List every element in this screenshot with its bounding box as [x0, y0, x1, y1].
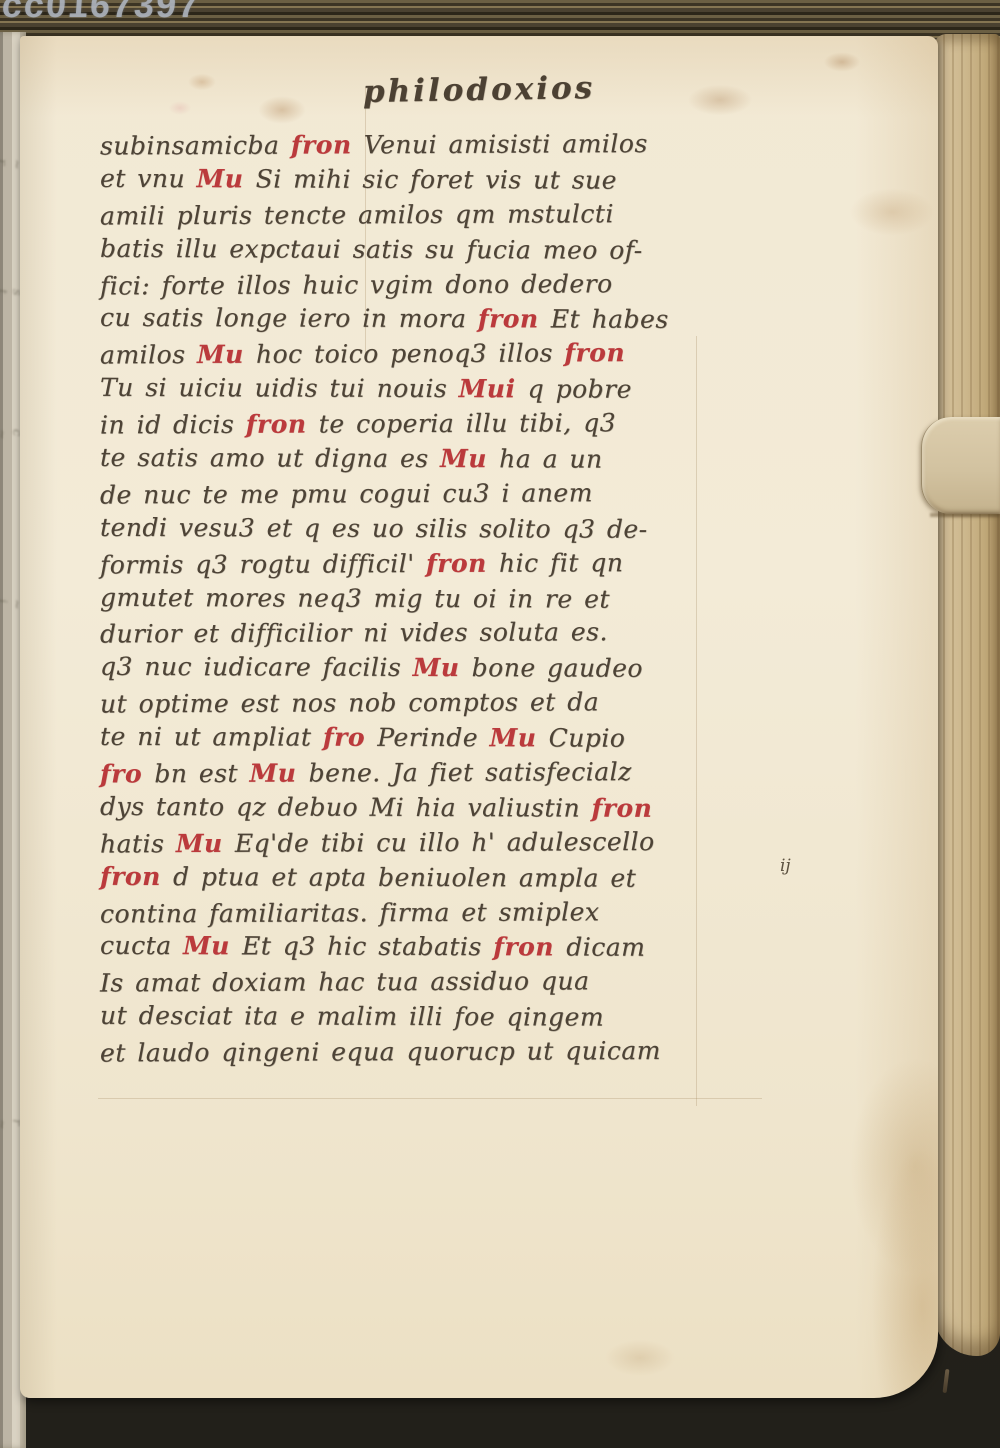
ink-text: amilos [100, 340, 197, 369]
ink-text: te ni ut ampliat [100, 722, 323, 752]
ink-text: d ptua et apta beniuolen ampla et [173, 862, 636, 893]
manuscript-line: dys tanto qz debuo Mi hia valiustin fron [100, 790, 760, 827]
manuscript-line: et vnu Mu Si mihi sic foret vis ut sue [100, 162, 760, 199]
ink-text: dicam [566, 933, 645, 962]
ink-text: bene. Ja fiet satisfecialz [308, 757, 631, 787]
manuscript-line: tendi vesu3 et q es uo silis solito q3 d… [100, 511, 760, 548]
manuscript-line: fron d ptua et apta beniuolen ampla et [100, 860, 760, 897]
ink-text: batis illu expctaui satis su fucia meo o… [100, 234, 643, 265]
rubric-speaker-label: fron [493, 933, 566, 962]
ink-text: tendi vesu3 et q es uo silis solito q3 d… [100, 513, 648, 544]
manuscript-line: contina familiaritas. firma et smiplex [100, 894, 760, 932]
ink-text: in id dicis [100, 410, 246, 440]
ink-text: hoc toico penoq3 illos [256, 339, 564, 369]
rubric-speaker-label: fro [323, 723, 377, 752]
ink-text: q3 nuc iudicare facilis [100, 652, 413, 682]
bookmark-tab [921, 417, 1000, 514]
manuscript-line: ut optime est nos nob comptos et da [100, 685, 760, 723]
rubric-speaker-label: Mu [440, 444, 499, 473]
manuscript-line: te satis amo ut digna es Mu ha a un [100, 441, 760, 478]
manuscript-line: ut desciat ita e malim illi foe qingem [100, 999, 760, 1036]
rubric-speaker-label: Mu [176, 829, 235, 858]
manuscript-line: cu satis longe iero in mora fron Et habe… [100, 301, 760, 338]
manuscript-scan: ~ r s t c ~ ~ i r ~ philodoxios subinsam… [0, 0, 1000, 1448]
ink-text: durior et difficilior ni vides soluta es… [100, 618, 608, 649]
corner-ink-mark [943, 1369, 950, 1393]
rubric-speaker-label: Mu [249, 759, 308, 788]
bookmark-tab-shadow [930, 513, 1000, 517]
manuscript-line: cucta Mu Et q3 hic stabatis fron dicam [100, 929, 760, 966]
rubric-speaker-label: Mui [459, 374, 528, 403]
ink-text: bone gaudeo [472, 654, 643, 684]
manuscript-line: Is amat doxiam hac tua assiduo qua [100, 964, 760, 1002]
manuscript-line: batis illu expctaui satis su fucia meo o… [100, 232, 760, 269]
ink-text: cucta [100, 931, 183, 960]
manuscript-line: te ni ut ampliat fro Perinde Mu Cupio [100, 720, 760, 757]
ink-text: ut optime est nos nob comptos et da [100, 688, 599, 719]
scan-watermark-number: cc0167397 [1, 0, 202, 26]
ink-text: formis q3 rogtu difficil' [100, 549, 426, 579]
ink-text: cu satis longe iero in mora [100, 303, 478, 333]
manuscript-line: gmutet mores neq3 mig tu oi in re et [100, 580, 760, 617]
quire-mark: ij [780, 856, 791, 876]
manuscript-line: de nuc te me pmu cogui cu3 i anem [100, 475, 760, 513]
ink-text: hic fit qn [499, 548, 624, 578]
ink-text: te satis amo ut digna es [100, 443, 440, 473]
rubric-speaker-label: fro [100, 759, 154, 788]
page-title: philodoxios [20, 64, 938, 116]
rubric-speaker-label: Mu [183, 932, 242, 961]
ink-text: hatis [100, 829, 176, 858]
ink-text: gmutet mores neq3 mig tu oi in re et [100, 582, 610, 613]
ink-text: et vnu [100, 164, 197, 193]
rubric-speaker-label: Mu [197, 164, 256, 193]
ink-text: fici: forte illos huic vgim dono dedero [100, 269, 613, 300]
ink-text: amili pluris tencte amilos qm mstulcti [100, 199, 614, 230]
ink-text: Tu si uiciu uidis tui nouis [100, 373, 459, 403]
manuscript-line: formis q3 rogtu difficil' fron hic fit q… [100, 545, 760, 583]
rubric-speaker-label: fron [246, 410, 319, 439]
manuscript-line: q3 nuc iudicare facilis Mu bone gaudeo [100, 650, 760, 687]
rubric-speaker-label: fron [564, 338, 625, 367]
rubric-speaker-label: Mu [197, 340, 256, 369]
ink-text: Et habes [551, 305, 669, 334]
ink-text: Venui amisisti amilos [364, 129, 648, 159]
text-block: subinsamicba fron Venui amisisti amilose… [100, 128, 760, 1070]
ink-text: dys tanto qz debuo Mi hia valiustin [100, 792, 592, 823]
ink-text: subinsamicba [100, 131, 291, 161]
ink-text: ut desciat ita e malim illi foe qingem [100, 1001, 604, 1032]
rubric-speaker-label: Mu [489, 723, 548, 752]
ink-text: Si mihi sic foret vis ut sue [256, 164, 617, 194]
manuscript-line: durior et difficilior ni vides soluta es… [100, 615, 760, 653]
ink-text: ha a un [499, 444, 603, 473]
manuscript-page: philodoxios subinsamicba fron Venui amis… [20, 36, 938, 1398]
ruling-line-horizontal [98, 1098, 762, 1099]
ink-text: contina familiaritas. firma et smiplex [100, 897, 600, 928]
manuscript-line: fici: forte illos huic vgim dono dedero [100, 266, 760, 304]
ink-text: de nuc te me pmu cogui cu3 i anem [100, 478, 593, 509]
ink-text: Is amat doxiam hac tua assiduo qua [100, 967, 590, 998]
manuscript-line: Tu si uiciu uidis tui nouis Mui q pobre [100, 371, 760, 408]
fore-edge-page-block [934, 34, 1000, 1356]
ink-text: q pobre [528, 375, 632, 404]
rubric-speaker-label: fron [426, 548, 499, 577]
rubric-speaker-label: Mu [413, 653, 472, 682]
manuscript-line: in id dicis fron te coperia illu tibi, q… [100, 406, 760, 444]
ink-text: Perinde [377, 723, 489, 752]
manuscript-line: amilos Mu hoc toico penoq3 illos fron [100, 336, 760, 374]
ink-text: Eq'de tibi cu illo h' adulescello [235, 827, 655, 858]
rubric-speaker-label: fron [478, 305, 551, 334]
ink-text: te coperia illu tibi, q3 [319, 408, 616, 438]
manuscript-line: fro bn est Mu bene. Ja fiet satisfecialz [100, 755, 760, 793]
rubric-speaker-label: fron [291, 130, 364, 159]
manuscript-line: hatis Mu Eq'de tibi cu illo h' adulescel… [100, 824, 760, 862]
ink-text: et laudo qingeni equa quorucp ut quicam [100, 1036, 661, 1067]
ink-text: Cupio [549, 724, 626, 753]
rubric-speaker-label: fron [100, 862, 173, 891]
ink-text: bn est [154, 759, 249, 788]
manuscript-line: amili pluris tencte amilos qm mstulcti [100, 196, 760, 234]
manuscript-line: et laudo qingeni equa quorucp ut quicam [100, 1034, 760, 1072]
rubric-speaker-label: fron [592, 793, 653, 822]
ink-text: Et q3 hic stabatis [242, 932, 493, 962]
manuscript-line: subinsamicba fron Venui amisisti amilos [100, 127, 760, 165]
